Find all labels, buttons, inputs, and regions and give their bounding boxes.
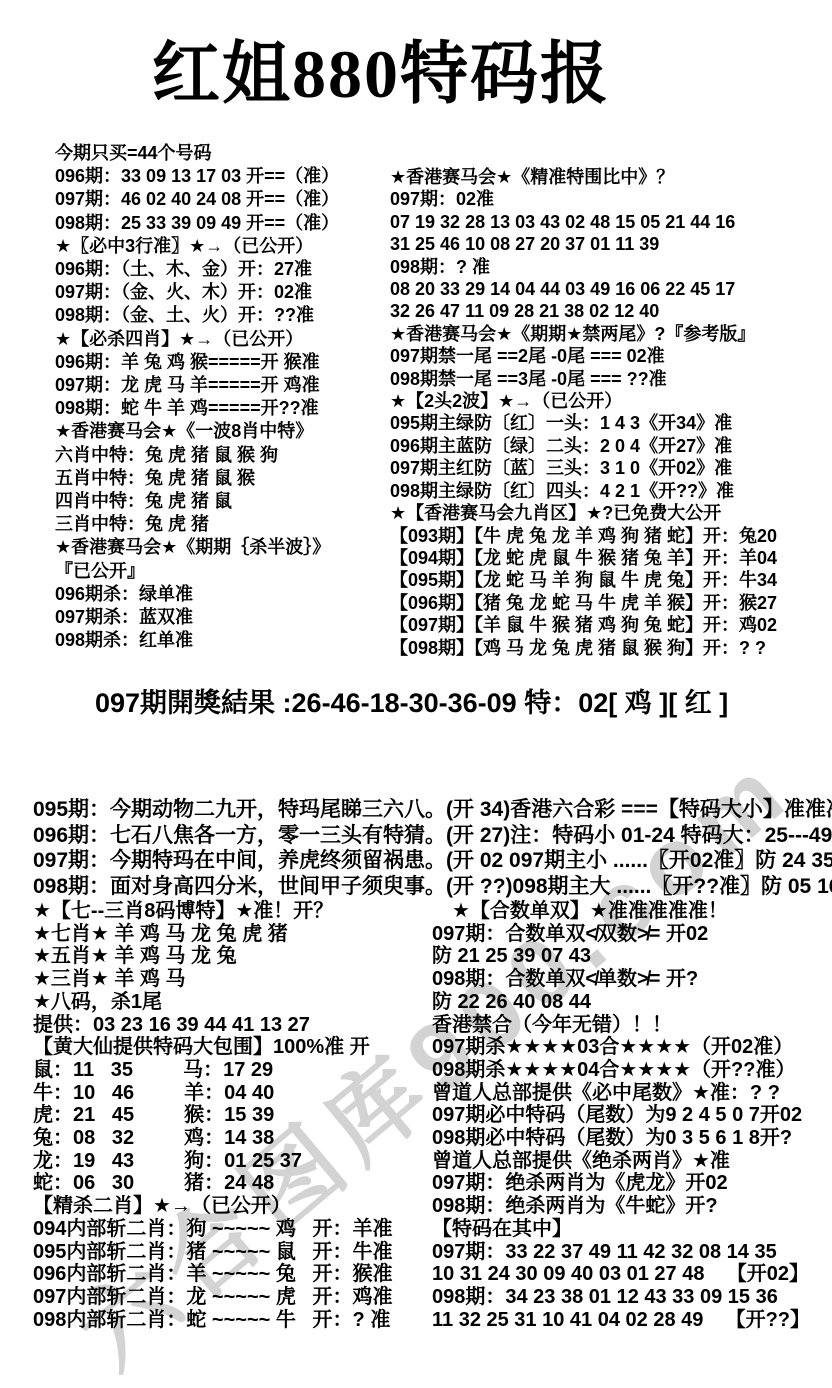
text-line: 097期主红防〔蓝〕三头：3 1 0《开02》准 xyxy=(390,457,832,479)
text-line: 097期：今期特玛在中间，养虎终须留祸患。(开 02 097期主小 ......… xyxy=(33,848,832,874)
text-line: 防 21 25 39 07 43 xyxy=(432,945,832,968)
text-line: 097期：33 22 37 49 11 42 32 08 14 35 xyxy=(432,1241,832,1264)
text-line: 蛇：06 30 猪：24 48 xyxy=(33,1172,433,1195)
text-line: 鼠：11 35 马：17 29 xyxy=(33,1059,433,1082)
text-line: 098内部斩二肖：蛇 ~~~~~ 牛 开：? 准 xyxy=(33,1309,433,1332)
text-line: 三肖中特：兔 虎 猪 xyxy=(55,513,393,536)
text-line: 四肖中特：兔 虎 猪 鼠 xyxy=(55,490,393,513)
text-line: 097期：02准 xyxy=(390,188,832,210)
text-line: 098期：绝杀两肖为《牛蛇》开? xyxy=(432,1195,832,1218)
text-line: 097期：龙 虎 马 羊=====开 鸡准 xyxy=(55,374,393,397)
text-line: 31 25 46 10 08 27 20 37 01 11 39 xyxy=(390,233,832,255)
text-line: 牛：10 46 羊：04 40 xyxy=(33,1082,433,1105)
text-line: 11 32 25 31 10 41 04 02 28 49 【开??】 xyxy=(432,1309,832,1332)
text-line: 07 19 32 28 13 03 43 02 48 15 05 21 44 1… xyxy=(390,211,832,233)
text-line: 防 22 26 40 08 44 xyxy=(432,991,832,1014)
text-line: 098期禁一尾 ==3尾 -0尾 === ??准 xyxy=(390,368,832,390)
text-line: 097期：（金、火、木）开：02准 xyxy=(55,281,393,304)
text-line: ★【七--三肖8码博特】★准！开？ xyxy=(33,900,433,923)
draw-result-banner: 097期開獎結果 :26-46-18-30-36-09 特：02[ 鸡 ][ 红… xyxy=(95,681,832,720)
poem-section: 095期：今期动物二九开，特玛尾睇三六八。(开 34)香港六合彩 ===【特码大… xyxy=(33,797,832,899)
lower-right-column: ★【合数单双】★准准准准准！097期：合数单双≮双数≯= 开02防 21 25 … xyxy=(432,900,832,1331)
text-line: ★八码，杀1尾 xyxy=(33,991,433,1014)
text-line: 097期：绝杀两肖为《虎龙》开02 xyxy=(432,1172,832,1195)
text-line: 098期：34 23 38 01 12 43 33 09 15 36 xyxy=(432,1286,832,1309)
text-line: 曾道人总部提供《必中尾数》★准：? ? xyxy=(432,1082,832,1105)
text-line: 098期杀★★★★04合★★★★（开??准） xyxy=(432,1059,832,1082)
text-line: 兔：08 32 鸡：14 38 xyxy=(33,1127,433,1150)
text-line: 098期必中特码（尾数）为0 3 5 6 1 8开? xyxy=(432,1127,832,1150)
text-line: 098期主绿防〔红〕四头：4 2 1《开??》准 xyxy=(390,480,832,502)
text-line: ★香港赛马会★《一波8肖中特》 xyxy=(55,420,393,443)
text-line: 【095期】【龙 蛇 马 羊 狗 鼠 牛 虎 兔】开：牛34 xyxy=(390,569,832,591)
text-line: ★七肖★ 羊 鸡 马 龙 兔 虎 猪 xyxy=(33,923,433,946)
text-line: 096期：羊 兔 鸡 猴=====开 猴准 xyxy=(55,351,393,374)
upper-right-column: ★香港赛马会★《精准特围比中》？097期：02准07 19 32 28 13 0… xyxy=(390,166,832,659)
text-line: 【黄大仙提供特码大包围】100%准 开 xyxy=(33,1036,433,1059)
text-line: 【096期】【猪 兔 龙 蛇 马 牛 虎 羊 猴】开：猴27 xyxy=(390,592,832,614)
text-line: 【097期】【羊 鼠 牛 猴 猪 鸡 狗 兔 蛇】开：鸡02 xyxy=(390,614,832,636)
text-line: 096期主蓝防〔绿〕二头：2 0 4《开27》准 xyxy=(390,435,832,457)
text-line: ★【2头2波】★→（已公开） xyxy=(390,390,832,412)
text-line: ★三肖★ 羊 鸡 马 xyxy=(33,968,433,991)
text-line: 096期：七石八焦各一方，零一三头有特猜。(开 27)注：特码小 01-24 特… xyxy=(33,823,832,849)
text-line: ★〖必中3行准〗★→（已公开） xyxy=(55,235,393,258)
text-line: 098期：面对身高四分米，世间甲子须臾事。(开 ??)098期主大 ......… xyxy=(33,874,832,900)
upper-left-column: 今期只买=44个号码096期：33 09 13 17 03 开==（准）097期… xyxy=(55,142,393,652)
text-line: 098期：? 准 xyxy=(390,256,832,278)
text-line: 香港禁合（今年无错）！！ xyxy=(432,1014,832,1037)
text-line: 曾道人总部提供《绝杀两肖》★准 xyxy=(432,1150,832,1173)
text-line: ★香港赛马会★《精准特围比中》？ xyxy=(390,166,832,188)
text-line: 08 20 33 29 14 04 44 03 49 16 06 22 45 1… xyxy=(390,278,832,300)
text-line: 虎：21 45 猴：15 39 xyxy=(33,1104,433,1127)
text-line: 098期杀：红单准 xyxy=(55,629,393,652)
text-line: 098期：25 33 39 09 49 开==（准） xyxy=(55,212,393,235)
text-line: 097期：46 02 40 24 08 开==（准） xyxy=(55,188,393,211)
lower-left-column: ★【七--三肖8码博特】★准！开？★七肖★ 羊 鸡 马 龙 兔 虎 猪★五肖★ … xyxy=(33,900,433,1331)
text-line: 32 26 47 11 09 28 21 38 02 12 40 xyxy=(390,300,832,322)
text-line: 097期禁一尾 ==2尾 -0尾 === 02准 xyxy=(390,345,832,367)
text-line: 今期只买=44个号码 xyxy=(55,142,393,165)
text-line: 094内部斩二肖：狗 ~~~~~ 鸡 开：羊准 xyxy=(33,1218,433,1241)
text-line: ★香港赛马会★《期期｛杀半波｝》 xyxy=(55,536,393,559)
text-line: 096期：（土、木、金）开：27准 xyxy=(55,258,393,281)
text-line: 096期：33 09 13 17 03 开==（准） xyxy=(55,165,393,188)
text-line: 098期：蛇 牛 羊 鸡=====开??准 xyxy=(55,397,393,420)
text-line: 097期必中特码（尾数）为9 2 4 5 0 7开02 xyxy=(432,1104,832,1127)
text-line: ★五肖★ 羊 鸡 马 龙 兔 xyxy=(33,945,433,968)
text-line: 095期：今期动物二九开，特玛尾睇三六八。(开 34)香港六合彩 ===【特码大… xyxy=(33,797,832,823)
text-line: 097期：合数单双≮双数≯= 开02 xyxy=(432,923,832,946)
page-title: 红姐880特码报 xyxy=(0,20,762,117)
text-line: 098期：合数单双≮单数≯= 开? xyxy=(432,968,832,991)
text-line: ★【香港赛马会九肖区】★?已免费大公开 xyxy=(390,502,832,524)
text-line: 097期杀★★★★03合★★★★（开02准） xyxy=(432,1036,832,1059)
text-line: 【094期】【龙 蛇 虎 鼠 牛 猴 猪 兔 羊】开：羊04 xyxy=(390,547,832,569)
text-line: 097内部斩二肖：龙 ~~~~~ 虎 开：鸡准 xyxy=(33,1286,433,1309)
text-line: 提供：03 23 16 39 44 41 13 27 xyxy=(33,1014,433,1037)
text-line: ★【必杀四肖】★→（已公开） xyxy=(55,328,393,351)
text-line: 095期主绿防〔红〕一头：1 4 3《开34》准 xyxy=(390,412,832,434)
text-line: ★香港赛马会★《期期★禁两尾》?『参考版』 xyxy=(390,323,832,345)
text-line: 096内部斩二肖：羊 ~~~~~ 兔 开：猴准 xyxy=(33,1263,433,1286)
text-line: 六肖中特：兔 虎 猪 鼠 猴 狗 xyxy=(55,444,393,467)
text-line: 098期：（金、土、火）开：??准 xyxy=(55,304,393,327)
text-line: 【精杀二肖】★→（已公开） xyxy=(33,1195,433,1218)
text-line: 096期杀：绿单准 xyxy=(55,583,393,606)
text-line: 【098期】【鸡 马 龙 兔 虎 猪 鼠 猴 狗】开：? ? xyxy=(390,637,832,659)
text-line: 【093期】【牛 虎 兔 龙 羊 鸡 狗 猪 蛇】开：兔20 xyxy=(390,525,832,547)
text-line: 【特码在其中】 xyxy=(432,1218,832,1241)
text-line: 095内部斩二肖：猪 ~~~~~ 鼠 开：牛准 xyxy=(33,1241,433,1264)
text-line: 『已公开』 xyxy=(55,560,393,583)
text-line: 097期杀：蓝双准 xyxy=(55,606,393,629)
text-line: 龙：19 43 狗：01 25 37 xyxy=(33,1150,433,1173)
text-line: 五肖中特：兔 虎 猪 鼠 猴 xyxy=(55,467,393,490)
text-line: 10 31 24 30 09 40 03 01 27 48 【开02】 xyxy=(432,1263,832,1286)
text-line: ★【合数单双】★准准准准准！ xyxy=(432,900,832,923)
